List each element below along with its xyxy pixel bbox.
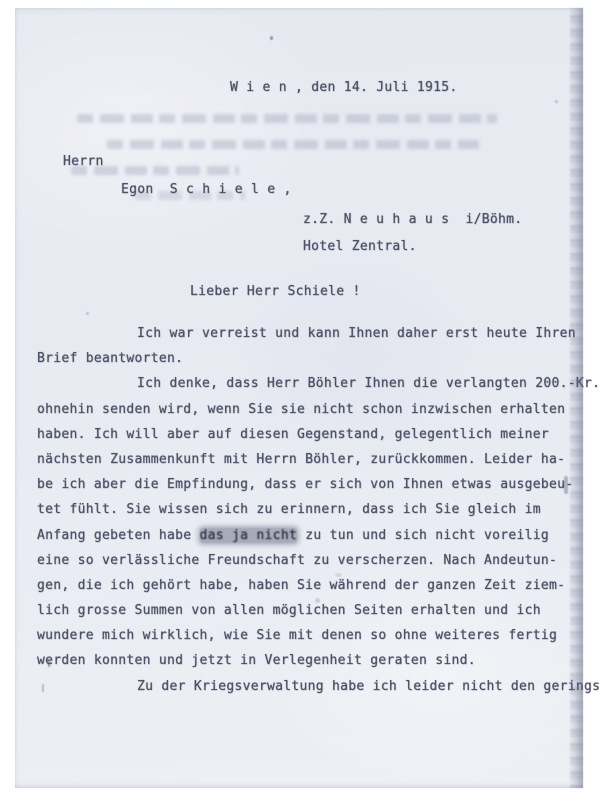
greeting-line: Lieber Herr Schiele !: [190, 284, 361, 299]
recipient-title: Herrn: [63, 154, 104, 169]
body-line: Zu der Kriegsverwaltung habe ich leider …: [37, 674, 585, 699]
letter-page: W i e n , den 14. Juli 1915. Herrn Egon …: [15, 8, 583, 788]
body-line-segment: Anfang gebeten habe: [37, 528, 200, 543]
body-line-segment: zu tun und sich nicht voreilig: [297, 528, 549, 543]
body-line: Ich denke, dass Herr Böhler Ihnen die ve…: [37, 371, 585, 396]
body-line: nächsten Zusammenkunft mit Herrn Böhler,…: [37, 447, 585, 472]
scan-speck: [270, 36, 273, 40]
body-line: tet fühlt. Sie wissen sich zu erinnern, …: [37, 497, 585, 522]
body-line: haben. Ich will aber auf diesen Gegensta…: [37, 422, 585, 447]
scan-speck: [42, 684, 44, 692]
body-line: werden konnten und jetzt in Verlegenheit…: [37, 648, 585, 673]
body-line: Ich war verreist und kann Ihnen daher er…: [37, 321, 585, 346]
scanned-letter-screenshot: W i e n , den 14. Juli 1915. Herrn Egon …: [0, 0, 600, 806]
scan-speck: [564, 476, 568, 494]
scan-speck: [86, 312, 89, 315]
body-line: be ich aber die Empfindung, dass er sich…: [37, 472, 585, 497]
body-line: wundere mich wirklich, wie Sie mit denen…: [37, 623, 585, 648]
body-line: Brief beantworten.: [37, 346, 585, 371]
date-line: W i e n , den 14. Juli 1915.: [230, 80, 458, 95]
body-line: lich grosse Summen von allen möglichen S…: [37, 598, 585, 623]
recipient-name: Egon S c h i e l e ,: [121, 182, 292, 197]
paper-edge-shading: [570, 8, 583, 788]
bleed-through-line: [107, 140, 479, 149]
recipient-address-line2: Hotel Zentral.: [303, 239, 417, 254]
body-line: ohnehin senden wird, wenn Sie sie nicht …: [37, 397, 585, 422]
scan-speck: [48, 660, 50, 667]
scan-speck: [335, 573, 342, 577]
scan-speck: [315, 598, 320, 603]
body-line: gen, die ich gehört habe, haben Sie währ…: [37, 573, 585, 598]
body-line-with-overstrike: Anfang gebeten habe das ja nicht zu tun …: [37, 523, 585, 548]
recipient-address-line1: z.Z. N e u h a u s i/Böhm.: [303, 212, 522, 227]
bleed-through-line: [77, 114, 497, 123]
overstruck-text: das ja nicht: [200, 528, 298, 543]
body-line: eine so verlässliche Freundschaft zu ver…: [37, 548, 585, 573]
scan-speck: [555, 100, 558, 103]
letter-body: Ich war verreist und kann Ihnen daher er…: [37, 321, 585, 699]
